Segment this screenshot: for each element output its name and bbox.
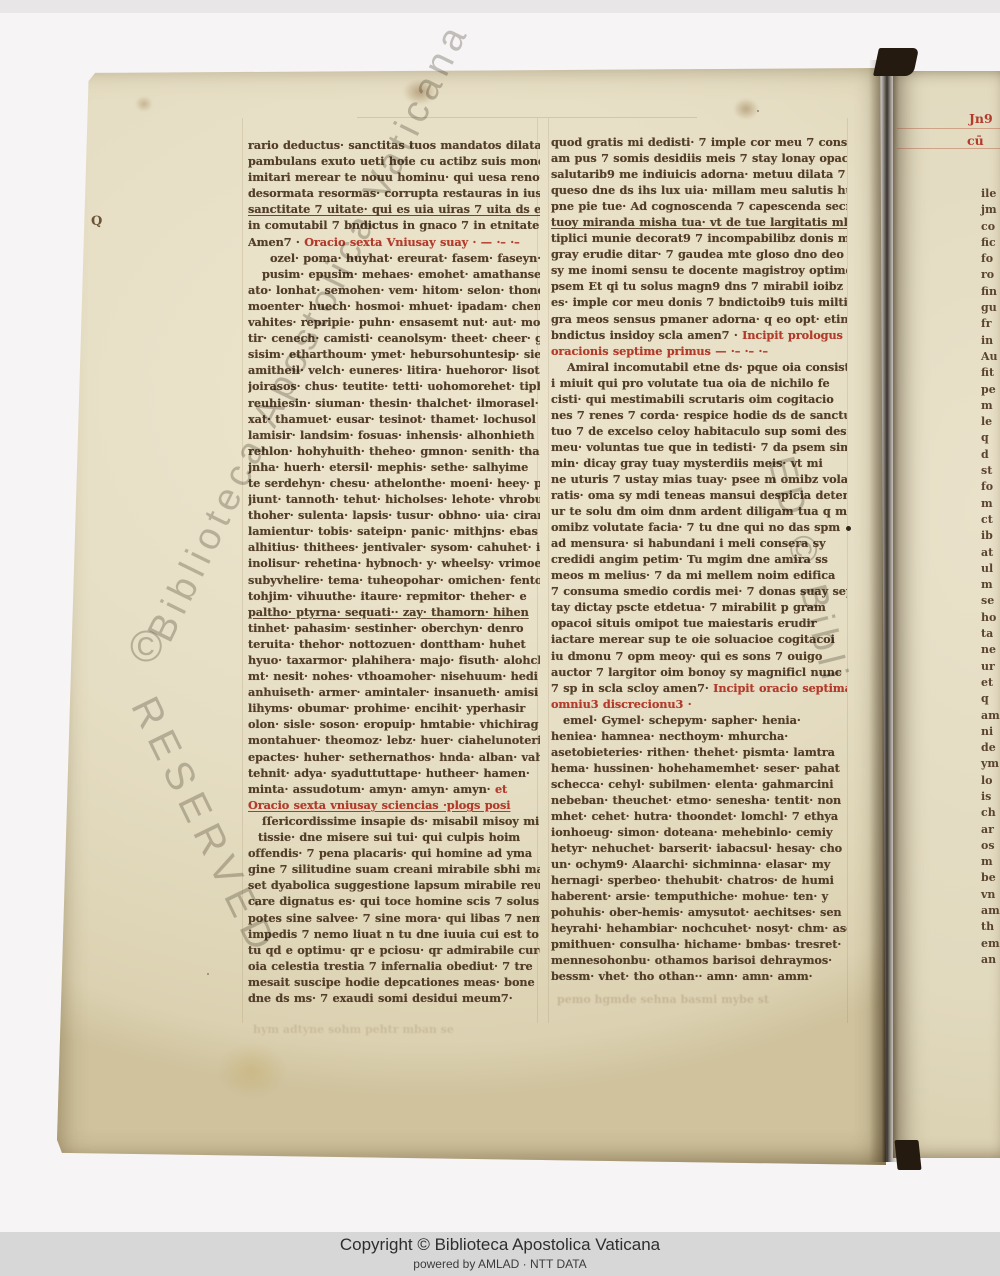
- body-text: care dignatus es· qui toce homine scis 7…: [248, 894, 539, 908]
- next-page-text-fragment: am: [981, 709, 1000, 725]
- rubric-text: Incipit prologus: [742, 328, 843, 342]
- body-text: psem Et qi tu solus magn9 dns 7 mirabil …: [551, 279, 843, 293]
- manuscript-text-line: tinhet· pahasim· sestinher· oberchyn· de…: [248, 621, 540, 637]
- next-page-text-fragment: ro: [981, 268, 1000, 284]
- body-text: reuhiesin· siuman· thesin· thalchet· ilm…: [248, 396, 540, 410]
- manuscript-page: Q rario deductus· sanctitas tuos mandato…: [57, 68, 886, 1165]
- body-text: bndictus insidoy scla amen7 ·: [551, 328, 742, 342]
- ink-dot: [207, 973, 209, 975]
- body-text: ad mensura· si habundani i meli consera …: [551, 536, 826, 550]
- next-page-text-fragment: pe: [981, 383, 1000, 399]
- manuscript-text-line: 7 consuma smedio cordis mei· 7 donas sua…: [551, 584, 847, 600]
- next-page-text-fragment: d: [981, 448, 1000, 464]
- copyright-footer-bar: Copyright © Biblioteca Apostolica Vatica…: [0, 1232, 1000, 1276]
- body-text: pohuhis· ober-hemis· amysutot· aechitses…: [551, 905, 842, 919]
- next-page-text-fragment: os: [981, 839, 1000, 855]
- manuscript-text-line: nes 7 renes 7 corda· respice hodie ds de…: [551, 408, 847, 424]
- rubric-text: Incipit oracio septima: [713, 681, 847, 695]
- manuscript-text-line: heyrahi· hehambiar· nochcuhet· nosyt· ch…: [551, 921, 847, 937]
- body-text: teruita· thehor· nottozuen· donttham· hu…: [248, 637, 526, 651]
- manuscript-text-line: moenter· huech· hosmoi· mhuet· ipadam· c…: [248, 299, 540, 315]
- manuscript-text-line: gine 7 silitudine suam creani mirabile s…: [248, 862, 540, 878]
- next-page-text-fragment: fin: [981, 285, 1000, 301]
- manuscript-text-line: hema· hussinen· hohehamemhet· seser· pah…: [551, 761, 847, 777]
- scanner-background-strip: [0, 0, 1000, 13]
- manuscript-text-line: gray erudie ditar· 7 gaudea mte gloso dn…: [551, 247, 847, 263]
- body-text: Amen7 ·: [248, 235, 304, 249]
- body-text: tohjim· vihuuthe· itaure· repmitor· theh…: [248, 589, 527, 603]
- body-text: thoher· sulenta· lapsis· tusur· obhno· u…: [248, 508, 540, 522]
- manuscript-text-line: olon· sisle· soson· eropuip· hmtabie· vh…: [248, 717, 540, 733]
- manuscript-text-line: ionhoeug· simon· doteana· mehebinlo· cem…: [551, 825, 847, 841]
- next-page-text-fragment: et: [981, 676, 1000, 692]
- body-text: 7 sp in scla scloy amen7·: [551, 681, 713, 695]
- manuscript-text-line: te serdehyn· chesu· athelonthe· moeni· h…: [248, 476, 540, 492]
- margin-mark: Q: [91, 214, 102, 229]
- manuscript-text-line: tay dictay pscte etdetua· 7 mirabilit p …: [551, 600, 847, 616]
- next-page-text-fragment: fo: [981, 252, 1000, 268]
- body-text: tuoy miranda misha tua· vt de tue largit…: [551, 215, 847, 229]
- manuscript-text-line: oracionis septime primus — ·– ·– ·–: [551, 344, 847, 360]
- body-text: rario deductus· sanctitas tuos mandatos …: [248, 138, 540, 152]
- body-text: in comutabil 7 bndictus in gnaco 7 in et…: [248, 218, 540, 232]
- manuscript-text-line: 7 sp in scla scloy amen7· Incipit oracio…: [551, 681, 847, 697]
- manuscript-text-line: imitari merear te nouu hominu· qui uesa …: [248, 170, 540, 186]
- manuscript-text-line: ato· lonhat· semohen· vem· hitom· selon·…: [248, 283, 540, 299]
- body-text: nes 7 renes 7 corda· respice hodie ds de…: [551, 408, 847, 422]
- next-page-text-fragment: ho: [981, 611, 1000, 627]
- body-text: epactes· huher· sethernathos· hnda· alba…: [248, 750, 540, 764]
- ink-dot: [846, 526, 851, 531]
- body-text: minta· assudotum· amyn· amyn· amyn·: [248, 782, 495, 796]
- body-text: lamientur· tobis· sateipn· panic· mithjn…: [248, 524, 538, 538]
- body-text: ſſericordissime insapie ds· misabil miso…: [262, 814, 539, 828]
- manuscript-text-line: jiunt· tannoth· tehut· hicholses· lehote…: [248, 492, 540, 508]
- margin-ruling-line: [357, 117, 697, 118]
- body-text: opacoi situis omipot tue maiestaris erud…: [551, 616, 816, 630]
- next-page-text-fragment: ib: [981, 529, 1000, 545]
- body-text: sisim· etharthoum· ymet· hebursohuntesip…: [248, 347, 540, 361]
- manuscript-text-line: anhuiseth· armer· amintaler· insanueth· …: [248, 685, 540, 701]
- body-text: set dyabolica suggestione lapsum mirabil…: [248, 878, 540, 892]
- book-gutter-shadow: [869, 60, 899, 1162]
- next-page-text-fragment: q: [981, 692, 1000, 708]
- body-text: potes sine salvee· 7 sine mora· qui liba…: [248, 911, 540, 925]
- next-page-text-fragment: in: [981, 334, 1000, 350]
- binding-notch-bottom: [894, 1140, 921, 1170]
- manuscript-text-line: tehnit· adya· syaduttuttape· hutheer· ha…: [248, 766, 540, 782]
- manuscript-text-line: es· imple cor meu donis 7 bndictoib9 tui…: [551, 295, 847, 311]
- rubric-text: Oracio sexta Vniusay suay · — ·– ·–: [304, 235, 519, 249]
- manuscript-text-line: lihyms· obumar· prohime· encihit· yperha…: [248, 701, 540, 717]
- body-text: ne uturis 7 ustay mias tuay· psee m omib…: [551, 472, 847, 486]
- next-page-text-fragment: is: [981, 790, 1000, 806]
- body-text: heyrahi· hehambiar· nochcuhet· nosyt· ch…: [551, 921, 847, 935]
- body-text: asetobieteries· rithen· thehet· pismta· …: [551, 745, 835, 759]
- next-page-text-fragment: m: [981, 497, 1000, 513]
- next-page-text-edge: ilejmcoficforofingufrinAufitpemleqdstfom…: [981, 187, 1000, 969]
- body-text: ionhoeug· simon· doteana· mehebinlo· cem…: [551, 825, 832, 839]
- manuscript-text-line: reuhiesin· siuman· thesin· thalchet· ilm…: [248, 396, 540, 412]
- manuscript-text-line: credidi angim petim· Tu mgim dne amira s…: [551, 552, 847, 568]
- next-page-text-fragment: q: [981, 431, 1000, 447]
- manuscript-text-line: sisim· etharthoum· ymet· hebursohuntesip…: [248, 347, 540, 363]
- manuscript-text-line: mennesohonbu· othamos barisoi dehraymos·: [551, 953, 847, 969]
- body-text: sanctitate 7 uitate· qui es uia uiras 7 …: [248, 202, 540, 216]
- manuscript-text-line: tir· cenech· camisti· ceanolsym· theet· …: [248, 331, 540, 347]
- footer-copyright-text: Copyright © Biblioteca Apostolica Vatica…: [0, 1235, 1000, 1255]
- body-text: gra meos sensus pmaner adorna· q eo opt·…: [551, 312, 847, 326]
- body-text: subyvhelire· tema· tuheopohar· omichen· …: [248, 573, 540, 587]
- footer-powered-by-text: powered by AMLAD · NTT DATA: [0, 1257, 1000, 1271]
- manuscript-text-line: opacoi situis omipot tue maiestaris erud…: [551, 616, 847, 632]
- body-text: sy me inomi sensu te docente magistroy o…: [551, 263, 847, 277]
- manuscript-text-line: pambulans exuto ueti hoie cu actibz suis…: [248, 154, 540, 170]
- next-page-text-fragment: de: [981, 741, 1000, 757]
- manuscript-text-line: ozel· poma· huyhat· ereurat· fasem· fase…: [248, 251, 540, 267]
- body-text: anhuiseth· armer· amintaler· insanueth· …: [248, 685, 538, 699]
- next-page-text-fragment: fit: [981, 366, 1000, 382]
- body-text: dne ds ms· 7 exaudi somi desidui meum7·: [248, 991, 513, 1005]
- body-text: ozel· poma· huyhat· ereurat· fasem· fase…: [270, 251, 540, 265]
- manuscript-text-line: oia celestia trestia 7 infernalia obediu…: [248, 959, 540, 975]
- manuscript-text-line: rario deductus· sanctitas tuos mandatos …: [248, 138, 540, 154]
- body-text: olon· sisle· soson· eropuip· hmtabie· vh…: [248, 717, 538, 731]
- body-text: mhet· cehet· hutra· thoondet· lomchl· 7 …: [551, 809, 838, 823]
- body-text: heniea· hamnea· necthoym· mhurcha·: [551, 729, 788, 743]
- body-text: jiunt· tannoth· tehut· hicholses· lehote…: [248, 492, 540, 506]
- next-page-text-fragment: be: [981, 871, 1000, 887]
- body-text: i miuit qui pro volutate tua oia de nich…: [551, 376, 830, 390]
- next-page-text-fragment: ar: [981, 823, 1000, 839]
- next-page-rubric-fragment: cū: [967, 133, 984, 148]
- manuscript-text-line: meos m melius· 7 da mi mellem noim edifi…: [551, 568, 847, 584]
- binding-notch-top: [873, 48, 919, 76]
- show-through-text: pemo hgmde sehna basmi mybe st: [557, 993, 769, 1006]
- manuscript-text-line: queso dne ds ihs lux uia· millam meu sal…: [551, 183, 847, 199]
- next-page-text-fragment: jm: [981, 203, 1000, 219]
- manuscript-text-line: am pus 7 somis desidiis meis 7 stay lona…: [551, 151, 847, 167]
- body-text: mesait suscipe hodie depcationes meas· b…: [248, 975, 535, 989]
- next-page-text-fragment: se: [981, 594, 1000, 610]
- body-text: ratis· oma sy mdi teneas mansui despicia…: [551, 488, 847, 502]
- manuscript-text-line: ad mensura· si habundani i meli consera …: [551, 536, 847, 552]
- text-column-left: rario deductus· sanctitas tuos mandatos …: [248, 138, 540, 1007]
- body-text: iactare merear sup te oie soluacioe cogi…: [551, 632, 835, 646]
- body-text: xat· thamuet· eusar· tesinot· thamet· lo…: [248, 412, 536, 426]
- manuscript-text-line: cisti· qui mestimabili scrutaris oim cog…: [551, 392, 847, 408]
- manuscript-text-line: epactes· huher· sethernathos· hnda· alba…: [248, 750, 540, 766]
- manuscript-text-line: jnha· huerh· etersil· mephis· sethe· sal…: [248, 460, 540, 476]
- body-text: meu· voluntas tue que in tedisti· 7 da p…: [551, 440, 847, 454]
- manuscript-text-line: lamientur· tobis· sateipn· panic· mithjn…: [248, 524, 540, 540]
- manuscript-text-line: ur te solu dm oim dnm ardent diligam tua…: [551, 504, 847, 520]
- body-text: inolisur· rehetina· hybnoch· y· wheelsy·…: [248, 556, 540, 570]
- manuscript-scan: Q rario deductus· sanctitas tuos mandato…: [0, 0, 1000, 1276]
- manuscript-text-line: care dignatus es· qui toce homine scis 7…: [248, 894, 540, 910]
- manuscript-text-line: sy me inomi sensu te docente magistroy o…: [551, 263, 847, 279]
- next-page-rubric-fragment: Jn9: [969, 111, 993, 126]
- body-text: moenter· huech· hosmoi· mhuet· ipadam· c…: [248, 299, 540, 313]
- body-text: min· dicay gray tuay mysterdiis meis· vt…: [551, 456, 823, 470]
- body-text: pmithuen· consulha· hichame· bmbas· tres…: [551, 937, 841, 951]
- manuscript-text-line: emel· Gymel· schepym· sapher· henia·: [551, 713, 847, 729]
- body-text: tir· cenech· camisti· ceanolsym· theet· …: [248, 331, 540, 345]
- manuscript-text-line: xat· thamuet· eusar· tesinot· thamet· lo…: [248, 412, 540, 428]
- body-text: tehnit· adya· syaduttuttape· hutheer· ha…: [248, 766, 530, 780]
- body-text: tu qd e optimu· qr e pciosu· qr admirabi…: [248, 943, 540, 957]
- manuscript-text-line: pne pie tue· Ad cognoscenda 7 capescenda…: [551, 199, 847, 215]
- body-text: tay dictay pscte etdetua· 7 mirabilit p …: [551, 600, 826, 614]
- body-text: Amiral incomutabil etne ds· pque oia con…: [567, 360, 847, 374]
- manuscript-text-line: rehlon· hohyhuith· theheo· gmnon· senith…: [248, 444, 540, 460]
- next-page-text-fragment: m: [981, 855, 1000, 871]
- body-text: ato· lonhat· semohen· vem· hitom· selon·…: [248, 283, 540, 297]
- body-text: joirasos· chus· teutite· tetti· uohomore…: [248, 379, 540, 393]
- manuscript-text-line: dne ds ms· 7 exaudi somi desidui meum7·: [248, 991, 540, 1007]
- manuscript-text-line: heniea· hamnea· necthoym· mhurcha·: [551, 729, 847, 745]
- next-page-text-fragment: gu: [981, 301, 1000, 317]
- body-text: hema· hussinen· hohehamemhet· seser· pah…: [551, 761, 840, 775]
- next-page-text-fragment: vn: [981, 888, 1000, 904]
- body-text: lamisir· landsim· fosuas· inhensis· alho…: [248, 428, 535, 442]
- column-ruling-line: [847, 118, 848, 1023]
- body-text: vahites· repripie· puhn· ensasemt nut· a…: [248, 315, 540, 329]
- body-text: quod gratis mi dedisti· 7 imple cor meu …: [551, 135, 847, 149]
- manuscript-text-line: alhitius· thithees· jentivaler· sysom· c…: [248, 540, 540, 556]
- body-text: mt· nesit· nohes· vthoamoher· nisehuum· …: [248, 669, 538, 683]
- next-page-text-fragment: co: [981, 220, 1000, 236]
- manuscript-text-line: ratis· oma sy mdi teneas mansui despicia…: [551, 488, 847, 504]
- next-page-text-fragment: le: [981, 415, 1000, 431]
- next-page-text-fragment: m: [981, 578, 1000, 594]
- body-text: un· ochym9· Alaarchi· sichminna· elasar·…: [551, 857, 830, 871]
- manuscript-text-line: asetobieteries· rithen· thehet· pismta· …: [551, 745, 847, 761]
- body-text: amitheil· velch· euneres· litira· huehor…: [248, 363, 540, 377]
- body-text: credidi angim petim· Tu mgim dne amira s…: [551, 552, 828, 566]
- manuscript-text-line: tiplici munie decorat9 7 incompabilibz d…: [551, 231, 847, 247]
- body-text: imitari merear te nouu hominu· qui uesa …: [248, 170, 540, 184]
- body-text: tiplici munie decorat9 7 incompabilibz d…: [551, 231, 847, 245]
- body-text: alhitius· thithees· jentivaler· sysom· c…: [248, 540, 540, 554]
- body-text: es· imple cor meu donis 7 bndictoib9 tui…: [551, 295, 847, 309]
- next-page-text-fragment: ta: [981, 627, 1000, 643]
- manuscript-text-line: iu dmonu 7 opm meoy· qui es sons 7 ouigo: [551, 649, 847, 665]
- body-text: 7 consuma smedio cordis mei· 7 donas sua…: [551, 584, 847, 598]
- manuscript-text-line: Amen7 · Oracio sexta Vniusay suay · — ·–…: [248, 235, 540, 251]
- ruling-line: [897, 128, 1000, 129]
- manuscript-text-line: paltho· ptyrna· sequati·· zay· thamorn· …: [248, 605, 540, 621]
- body-text: auctor 7 largitor oim bonoy sy magnificl…: [551, 665, 842, 679]
- body-text: tuo 7 de excelso celoy habitaculo sup so…: [551, 424, 847, 438]
- body-text: gine 7 silitudine suam creani mirabile s…: [248, 862, 540, 876]
- manuscript-text-line: mesait suscipe hodie depcationes meas· b…: [248, 975, 540, 991]
- ink-dot: [832, 318, 834, 320]
- manuscript-text-line: hernagi· sperbeo· thehubit· chatros· de …: [551, 873, 847, 889]
- body-text: haberent· arsie· temputhiche· mohue· ten…: [551, 889, 828, 903]
- manuscript-text-line: mhet· cehet· hutra· thoondet· lomchl· 7 …: [551, 809, 847, 825]
- body-text: hyuo· taxarmor· plahihera· majo· fisuth·…: [248, 653, 540, 667]
- body-text: hetyr· nehuchet· barserit· iabacsul· hes…: [551, 841, 842, 855]
- body-text: tissie· dne misere sui tui· qui culpis h…: [258, 830, 520, 844]
- next-page-text-fragment: an: [981, 953, 1000, 969]
- manuscript-text-line: hyuo· taxarmor· plahihera· majo· fisuth·…: [248, 653, 540, 669]
- manuscript-text-line: ſſericordissime insapie ds· misabil miso…: [248, 814, 540, 830]
- manuscript-text-line: min· dicay gray tuay mysterdiis meis· vt…: [551, 456, 847, 472]
- body-text: rehlon· hohyhuith· theheo· gmnon· senith…: [248, 444, 540, 458]
- manuscript-text-line: psem Et qi tu solus magn9 dns 7 mirabil …: [551, 279, 847, 295]
- body-text: desormata resormas· corrupta restauras i…: [248, 186, 540, 200]
- ink-dot: [757, 110, 759, 112]
- manuscript-text-line: desormata resormas· corrupta restauras i…: [248, 186, 540, 202]
- manuscript-text-line: omniu3 discrecionu3 ·: [551, 697, 847, 713]
- manuscript-text-line: nebeban· theuchet· etmo· senesha· tentit…: [551, 793, 847, 809]
- manuscript-text-line: joirasos· chus· teutite· tetti· uohomore…: [248, 379, 540, 395]
- manuscript-text-line: teruita· thehor· nottozuen· donttham· hu…: [248, 637, 540, 653]
- column-ruling-line: [242, 118, 243, 1023]
- rubric-text: omniu3 discrecionu3 ·: [551, 697, 692, 711]
- body-text: hernagi· sperbeo· thehubit· chatros· de …: [551, 873, 834, 887]
- next-page-text-fragment: ym: [981, 757, 1000, 773]
- manuscript-text-line: pusim· epusim· mehaes· emohet· amathanse: [248, 267, 540, 283]
- body-text: oia celestia trestia 7 infernalia obediu…: [248, 959, 533, 973]
- manuscript-text-line: mt· nesit· nohes· vthoamoher· nisehuum· …: [248, 669, 540, 685]
- manuscript-text-line: pohuhis· ober-hemis· amysutot· aechitses…: [551, 905, 847, 921]
- show-through-text: hym adtyne sohm pehtr mban se: [253, 1023, 454, 1036]
- column-ruling-line: [548, 118, 549, 1023]
- next-page-text-fragment: ni: [981, 725, 1000, 741]
- manuscript-text-line: Oracio sexta vniusay sciencias ·plogs po…: [248, 798, 540, 814]
- rubric-text: et: [495, 782, 507, 796]
- next-page-text-fragment: fr: [981, 317, 1000, 333]
- manuscript-text-line: tuoy miranda misha tua· vt de tue largit…: [551, 215, 847, 231]
- next-page-text-fragment: ch: [981, 806, 1000, 822]
- manuscript-text-line: tuo 7 de excelso celoy habitaculo sup so…: [551, 424, 847, 440]
- body-text: cisti· qui mestimabili scrutaris oim cog…: [551, 392, 834, 406]
- manuscript-text-line: impedis 7 nemo liuat n tu dne iuuia cui …: [248, 927, 540, 943]
- body-text: queso dne ds ihs lux uia· millam meu sal…: [551, 183, 847, 197]
- manuscript-text-line: schecca· cehyl· subilmen· elenta· gahmar…: [551, 777, 847, 793]
- manuscript-text-line: tissie· dne misere sui tui· qui culpis h…: [248, 830, 540, 846]
- ruling-line: [897, 148, 1000, 149]
- manuscript-text-line: lamisir· landsim· fosuas· inhensis· alho…: [248, 428, 540, 444]
- body-text: meos m melius· 7 da mi mellem noim edifi…: [551, 568, 835, 582]
- manuscript-text-line: bessm· vhet· tho othan·· amn· amn· amm·: [551, 969, 847, 985]
- body-text: nebeban· theuchet· etmo· senesha· tentit…: [551, 793, 841, 807]
- body-text: pambulans exuto ueti hoie cu actibz suis…: [248, 154, 540, 168]
- body-text: iu dmonu 7 opm meoy· qui es sons 7 ouigo: [551, 649, 822, 663]
- body-text: am pus 7 somis desidiis meis 7 stay lona…: [551, 151, 847, 165]
- next-page-text-fragment: ul: [981, 562, 1000, 578]
- body-text: salutarib9 me indiuicis adorna· metuu di…: [551, 167, 847, 181]
- manuscript-text-line: amitheil· velch· euneres· litira· huehor…: [248, 363, 540, 379]
- body-text: omibz volutate facia· 7 tu dne qui no da…: [551, 520, 840, 534]
- next-page-text-fragment: st: [981, 464, 1000, 480]
- stain: [403, 79, 437, 105]
- next-page-text-fragment: ct: [981, 513, 1000, 529]
- manuscript-text-line: offendis· 7 pena placaris· qui homine ad…: [248, 846, 540, 862]
- body-text: gray erudie ditar· 7 gaudea mte gloso dn…: [551, 247, 847, 261]
- stain: [135, 96, 153, 112]
- manuscript-text-line: vahites· repripie· puhn· ensasemt nut· a…: [248, 315, 540, 331]
- next-page-text-fragment: ne: [981, 643, 1000, 659]
- manuscript-text-line: omibz volutate facia· 7 tu dne qui no da…: [551, 520, 847, 536]
- body-text: emel· Gymel· schepym· sapher· henia·: [563, 713, 801, 727]
- next-page-text-fragment: fic: [981, 236, 1000, 252]
- manuscript-text-line: i miuit qui pro volutate tua oia de nich…: [551, 376, 847, 392]
- body-text: lihyms· obumar· prohime· encihit· yperha…: [248, 701, 525, 715]
- manuscript-text-line: ne uturis 7 ustay mias tuay· psee m omib…: [551, 472, 847, 488]
- body-text: bessm· vhet· tho othan·· amn· amn· amm·: [551, 969, 812, 983]
- next-page-text-fragment: lo: [981, 774, 1000, 790]
- body-text: montahuer· theomoz· lebz· huer· ciahelun…: [248, 733, 540, 747]
- manuscript-text-line: potes sine salvee· 7 sine mora· qui liba…: [248, 911, 540, 927]
- manuscript-text-line: haberent· arsie· temputhiche· mohue· ten…: [551, 889, 847, 905]
- manuscript-text-line: quod gratis mi dedisti· 7 imple cor meu …: [551, 135, 847, 151]
- body-text: pne pie tue· Ad cognoscenda 7 capescenda…: [551, 199, 847, 213]
- manuscript-text-line: montahuer· theomoz· lebz· huer· ciahelun…: [248, 733, 540, 749]
- manuscript-text-line: auctor 7 largitor oim bonoy sy magnificl…: [551, 665, 847, 681]
- manuscript-text-line: pmithuen· consulha· hichame· bmbas· tres…: [551, 937, 847, 953]
- manuscript-text-line: un· ochym9· Alaarchi· sichminna· elasar·…: [551, 857, 847, 873]
- manuscript-text-line: subyvhelire· tema· tuheopohar· omichen· …: [248, 573, 540, 589]
- next-page-text-fragment: fo: [981, 480, 1000, 496]
- manuscript-text-line: gra meos sensus pmaner adorna· q eo opt·…: [551, 312, 847, 328]
- body-text: impedis 7 nemo liuat n tu dne iuuia cui …: [248, 927, 539, 941]
- facing-page-edge: Jn9 cū ilejmcoficforofingufrinAufitpemle…: [893, 71, 1000, 1158]
- rubric-text: oracionis septime primus — ·– ·– ·–: [551, 344, 768, 358]
- manuscript-text-line: iactare merear sup te oie soluacioe cogi…: [551, 632, 847, 648]
- stain: [733, 98, 759, 120]
- manuscript-text-line: Amiral incomutabil etne ds· pque oia con…: [551, 360, 847, 376]
- manuscript-text-line: sanctitate 7 uitate· qui es uia uiras 7 …: [248, 202, 540, 218]
- manuscript-text-line: in comutabil 7 bndictus in gnaco 7 in et…: [248, 218, 540, 234]
- body-text: schecca· cehyl· subilmen· elenta· gahmar…: [551, 777, 833, 791]
- next-page-text-fragment: ile: [981, 187, 1000, 203]
- manuscript-text-line: salutarib9 me indiuicis adorna· metuu di…: [551, 167, 847, 183]
- next-page-text-fragment: th: [981, 920, 1000, 936]
- manuscript-text-line: set dyabolica suggestione lapsum mirabil…: [248, 878, 540, 894]
- rubric-text: Oracio sexta vniusay sciencias ·plogs po…: [248, 798, 510, 812]
- next-page-text-fragment: am: [981, 904, 1000, 920]
- manuscript-text-line: minta· assudotum· amyn· amyn· amyn· et: [248, 782, 540, 798]
- body-text: te serdehyn· chesu· athelonthe· moeni· h…: [248, 476, 540, 490]
- next-page-text-fragment: Au: [981, 350, 1000, 366]
- body-text: pusim· epusim· mehaes· emohet· amathanse: [262, 267, 540, 281]
- next-page-text-fragment: m: [981, 399, 1000, 415]
- body-text: mennesohonbu· othamos barisoi dehraymos·: [551, 953, 832, 967]
- body-text: ur te solu dm oim dnm ardent diligam tua…: [551, 504, 847, 518]
- manuscript-text-line: meu· voluntas tue que in tedisti· 7 da p…: [551, 440, 847, 456]
- body-text: offendis· 7 pena placaris· qui homine ad…: [248, 846, 532, 860]
- body-text: paltho· ptyrna· sequati·· zay· thamorn· …: [248, 605, 529, 619]
- body-text: jnha· huerh· etersil· mephis· sethe· sal…: [248, 460, 528, 474]
- next-page-text-fragment: em: [981, 937, 1000, 953]
- text-column-right: quod gratis mi dedisti· 7 imple cor meu …: [551, 135, 847, 985]
- next-page-text-fragment: ur: [981, 660, 1000, 676]
- manuscript-text-line: tohjim· vihuuthe· itaure· repmitor· theh…: [248, 589, 540, 605]
- manuscript-text-line: tu qd e optimu· qr e pciosu· qr admirabi…: [248, 943, 540, 959]
- body-text: tinhet· pahasim· sestinher· oberchyn· de…: [248, 621, 523, 635]
- manuscript-text-line: thoher· sulenta· lapsis· tusur· obhno· u…: [248, 508, 540, 524]
- manuscript-text-line: hetyr· nehuchet· barserit· iabacsul· hes…: [551, 841, 847, 857]
- manuscript-text-line: inolisur· rehetina· hybnoch· y· wheelsy·…: [248, 556, 540, 572]
- stain: [217, 1043, 287, 1098]
- manuscript-text-line: bndictus insidoy scla amen7 · Incipit pr…: [551, 328, 847, 344]
- next-page-text-fragment: at: [981, 546, 1000, 562]
